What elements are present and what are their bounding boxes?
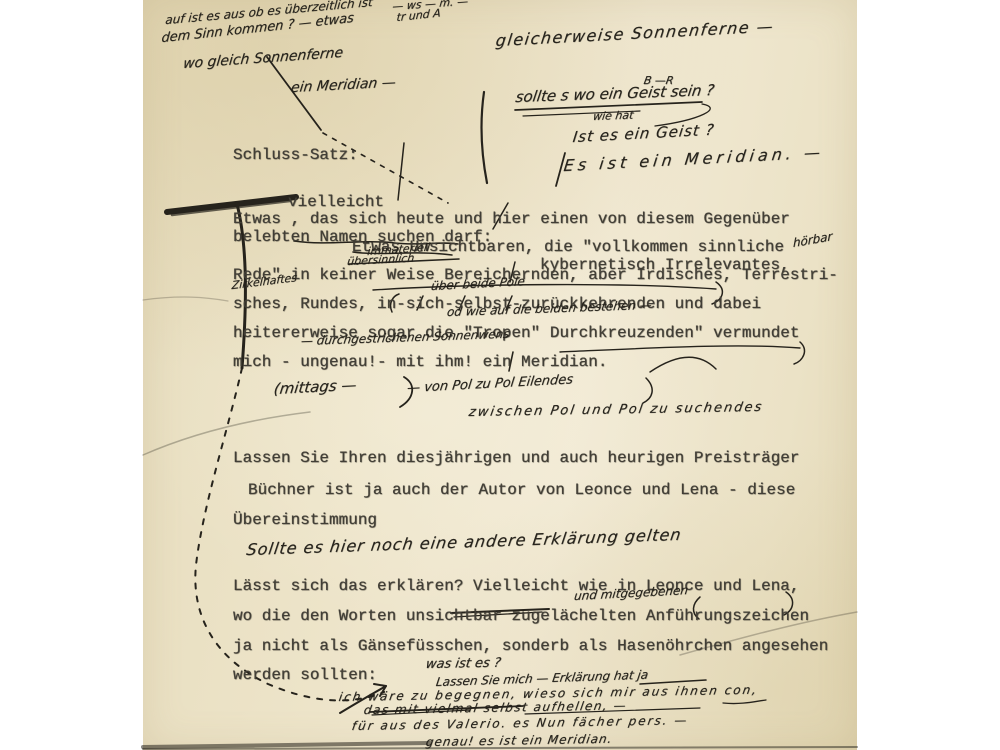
typed-line: vielleicht	[288, 193, 384, 211]
typed-line: Schluss-Satz:	[233, 146, 358, 164]
typed-line: Rede" in keiner Weise Bereichernden, abe…	[233, 266, 838, 284]
typed-line: ja nicht als Gänsefüsschen, sonderb als …	[233, 637, 828, 655]
handwritten-note: was ist es ?	[425, 656, 502, 672]
typed-line: Etwas , das sich heute und hier einen vo…	[233, 210, 790, 228]
scan-background: Schluss-Satz:vielleichtEtwas , das sich …	[0, 0, 1000, 750]
typed-line: Lässt sich das erklären? Vielleicht wie …	[233, 577, 800, 595]
typed-line: werden sollten:	[233, 666, 377, 684]
typed-line: Lassen Sie Ihren diesjährigen und auch h…	[233, 449, 800, 467]
typed-line: mich - ungenau!- mit ihm! ein Meridian.	[233, 353, 607, 371]
handwritten-note: wie hat	[592, 109, 634, 123]
typed-line: Büchner ist ja auch der Autor von Leonce…	[248, 481, 795, 499]
typed-line: Übereinstimmung	[233, 511, 377, 529]
typed-line: wo die den Worten unsichtbar zugelächelt…	[233, 607, 809, 625]
